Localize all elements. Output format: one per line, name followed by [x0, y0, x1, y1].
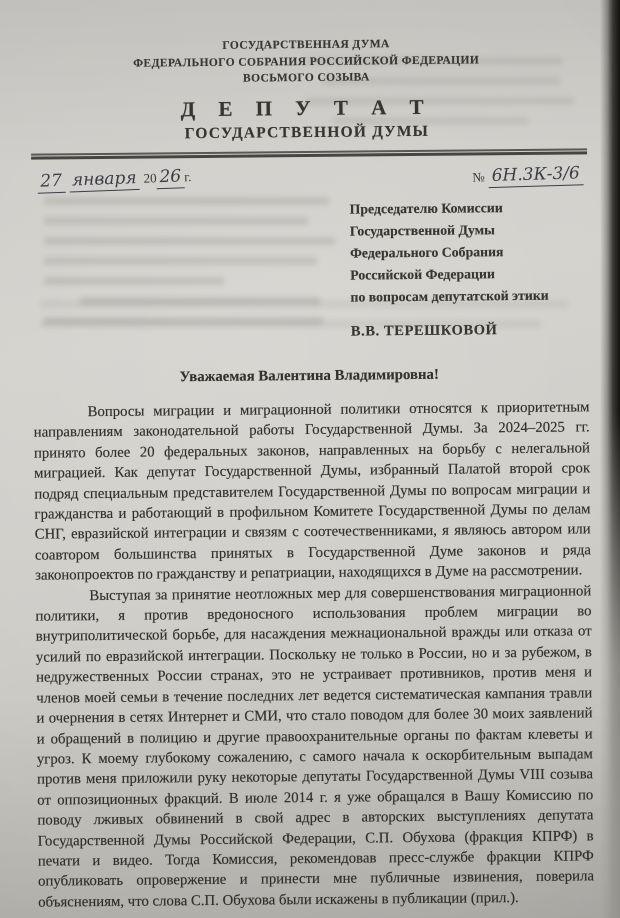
addressee-line: Государственной Думы	[350, 218, 618, 243]
letterhead-subtitle: ГОСУДАРСТВЕННОЙ ДУМЫ	[0, 121, 617, 145]
addressee-block: Председателю Комиссии Государственной Ду…	[350, 196, 619, 309]
letterhead-divider-rule	[31, 148, 587, 160]
date-year-suffix: г.	[184, 169, 192, 184]
addressee-line: Председателю Комиссии	[350, 196, 618, 221]
number-value-handwritten: 6Н.3К-3/6	[489, 163, 584, 188]
addressee-line: Российской Федерации	[350, 262, 618, 287]
date-month-handwritten: января	[69, 168, 140, 193]
letter-number: № 6Н.3К-3/6	[472, 163, 583, 186]
body-paragraph-1: Вопросы миграции и миграционной политики…	[33, 397, 591, 586]
reference-row: 27 января 2026г. № 6Н.3К-3/6	[37, 164, 583, 189]
letterhead-org-line1: ГОСУДАРСТВЕННАЯ ДУМА	[0, 0, 616, 56]
salutation: Уважаемая Валентина Владимировна!	[0, 365, 619, 388]
addressee-line: Федерального Собрания	[350, 240, 618, 265]
letterhead-title: Д Е П У Т А Т	[0, 93, 617, 124]
date-year-prefix: 20	[143, 170, 157, 185]
letter-date: 27 января 2026г.	[37, 166, 192, 192]
document-photo: ГОСУДАРСТВЕННАЯ ДУМА ФЕДЕРАЛЬНОГО СОБРАН…	[0, 0, 620, 918]
date-year-handwritten: 26	[156, 166, 184, 189]
letter-body: Вопросы миграции и миграционной политики…	[33, 397, 594, 912]
letter-sheet: ГОСУДАРСТВЕННАЯ ДУМА ФЕДЕРАЛЬНОГО СОБРАН…	[0, 0, 620, 918]
addressee-name: В.В. ТЕРЕШКОВОЙ	[351, 321, 619, 341]
photo-background-edge	[600, 0, 620, 918]
body-paragraph-2: Выступая за принятие неотложных мер для …	[35, 581, 594, 913]
number-label: №	[473, 169, 486, 184]
date-day-handwritten: 27	[37, 171, 65, 194]
addressee-line: по вопросам депутатской этики	[350, 284, 618, 309]
